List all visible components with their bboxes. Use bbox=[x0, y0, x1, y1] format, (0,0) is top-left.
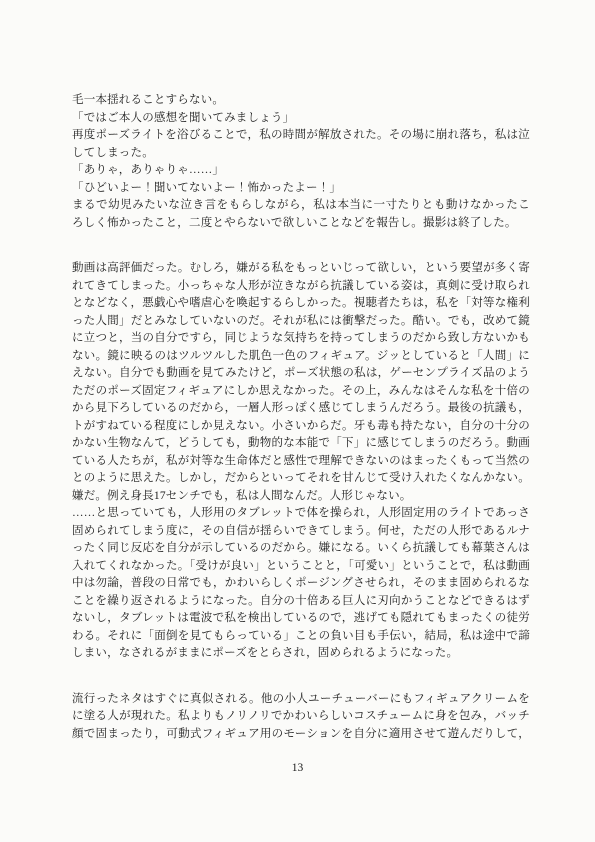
text-line: わる。それに「面倒を見てもらっている」ことの負い目も手伝い，結局，私は途中で諦め… bbox=[72, 628, 530, 646]
text-line: 「ありゃ，ありゃりゃ……」 bbox=[72, 162, 530, 180]
paragraph-block: 流行ったネタはすぐに真似される。他の小人ユーチューバーにもフィギュアクリームを体… bbox=[72, 691, 530, 744]
text-line: 中は勿論，普段の日常でも，かわいらしくポージングさせられ，そのまま固められるなん… bbox=[72, 575, 530, 593]
text-line: ろしく怖かったこと，二度とやらないで欲しいことなどを報告し。撮影は終了した。 bbox=[72, 215, 530, 233]
text-line: してしまった。 bbox=[72, 145, 530, 163]
text-line: から見下ろしているのだから，一層人形っぽく感じてしまうんだろう。最後の抗議も，ペ… bbox=[72, 400, 530, 418]
text-line: 顔で固まったり，可動式フィギュア用のモーションを自分に適用させて遊んだりして，人… bbox=[72, 726, 530, 744]
text-line: ない。鏡に映るのはツルツルした肌色一色のフィギュア。ジッとしていると「人間」には… bbox=[72, 348, 530, 366]
text-line: 再度ポーズライトを浴びることで，私の時間が解放された。その場に崩れ落ち，私は泣き… bbox=[72, 127, 530, 145]
text-line: れてきてしまった。小っちゃな人形が泣きながら抗議している姿は，真剣に受け取られる… bbox=[72, 278, 530, 296]
text-line: ている人たちが，私が対等な生命体だと感性で理解できないのはまったくもって当然のこ bbox=[72, 453, 530, 471]
document-page: 毛一本揺れることすらない。「ではご本人の感想を聞いてみましょう」再度ポーズライト… bbox=[0, 0, 595, 842]
text-line: しまい，なされるがままにポーズをとらされ，固められるようになった。 bbox=[72, 645, 530, 663]
text-line: トがすねている程度にしか見えない。小さいからだ。牙も毒も持たない，自分の十分の一… bbox=[72, 418, 530, 436]
page-number: 13 bbox=[0, 760, 595, 777]
text-line: ……と思っていても，人形用のタブレットで体を操られ，人形固定用のライトであっさり… bbox=[72, 505, 530, 523]
text-line: 「ひどいよー！聞いてないよー！怖かったよー！」 bbox=[72, 180, 530, 198]
text-block: 毛一本揺れることすらない。「ではご本人の感想を聞いてみましょう」再度ポーズライト… bbox=[72, 92, 530, 743]
text-line: 流行ったネタはすぐに真似される。他の小人ユーチューバーにもフィギュアクリームを体 bbox=[72, 691, 530, 709]
text-line: となどなく，悪戯心や嗜虐心を喚起するらしかった。視聴者たちは，私を「対等な権利を… bbox=[72, 295, 530, 313]
text-line: 動画は高評価だった。むしろ，嫌がる私をもっといじって欲しい，という要望が多く寄せ… bbox=[72, 260, 530, 278]
text-line: ただのポーズ固定フィギュアにしか思えなかった。その上，みんなはそんな私を十倍の高… bbox=[72, 383, 530, 401]
text-line: かない生物なんて，どうしても，動物的な本能で「下」に感じてしまうのだろう。動画を… bbox=[72, 435, 530, 453]
text-line: に塗る人が現れた。私よりもノリノリでかわいらしいコスチュームに身を包み，バッチリ… bbox=[72, 708, 530, 726]
text-line: とのように思えた。しかし，だからといってそれを甘んじて受け入れたくなんかない。絶… bbox=[72, 470, 530, 488]
paragraph-block: 動画は高評価だった。むしろ，嫌がる私をもっといじって欲しい，という要望が多く寄せ… bbox=[72, 260, 530, 663]
text-line: ことを繰り返されるようになった。自分の十倍ある巨人に刃向かうことなどできるはずも bbox=[72, 593, 530, 611]
text-line: に立つと，当の自分ですら，同じような気持ちを持ってしまうのだから致し方ないかもし… bbox=[72, 330, 530, 348]
text-line: えない。自分でも動画を見てみたけど，ポーズ状態の私は，ゲーセンプライズ品のような… bbox=[72, 365, 530, 383]
text-line: 固められてしまう度に，その自信が揺らいできてしまう。何せ，ただの人形であるルナと… bbox=[72, 523, 530, 541]
text-line: 嫌だ。例え身長17センチでも，私は人間なんだ。人形じゃない。 bbox=[72, 488, 530, 506]
text-line: 入れてくれなかった。「受けが良い」ということと，「可愛い」ということで，私は動画… bbox=[72, 558, 530, 576]
text-line: 「ではご本人の感想を聞いてみましょう」 bbox=[72, 110, 530, 128]
text-line: まるで幼児みたいな泣き言をもらしながら，私は本当に一寸たりとも動けなかったこと，… bbox=[72, 197, 530, 215]
text-line: 毛一本揺れることすらない。 bbox=[72, 92, 530, 110]
text-line: った人間」だとみなしていないのだ。それが私には衝撃だった。酷い。でも，改めて鏡の… bbox=[72, 313, 530, 331]
text-line: ないし，タブレットは電波で私を検出しているので，逃げても隠れてもまったくの徒労に… bbox=[72, 610, 530, 628]
paragraph-block: 毛一本揺れることすらない。「ではご本人の感想を聞いてみましょう」再度ポーズライト… bbox=[72, 92, 530, 232]
text-line: ったく同じ反応を自分が示しているのだから。嫌になる。いくら抗議しても幕葉さんは聞… bbox=[72, 540, 530, 558]
